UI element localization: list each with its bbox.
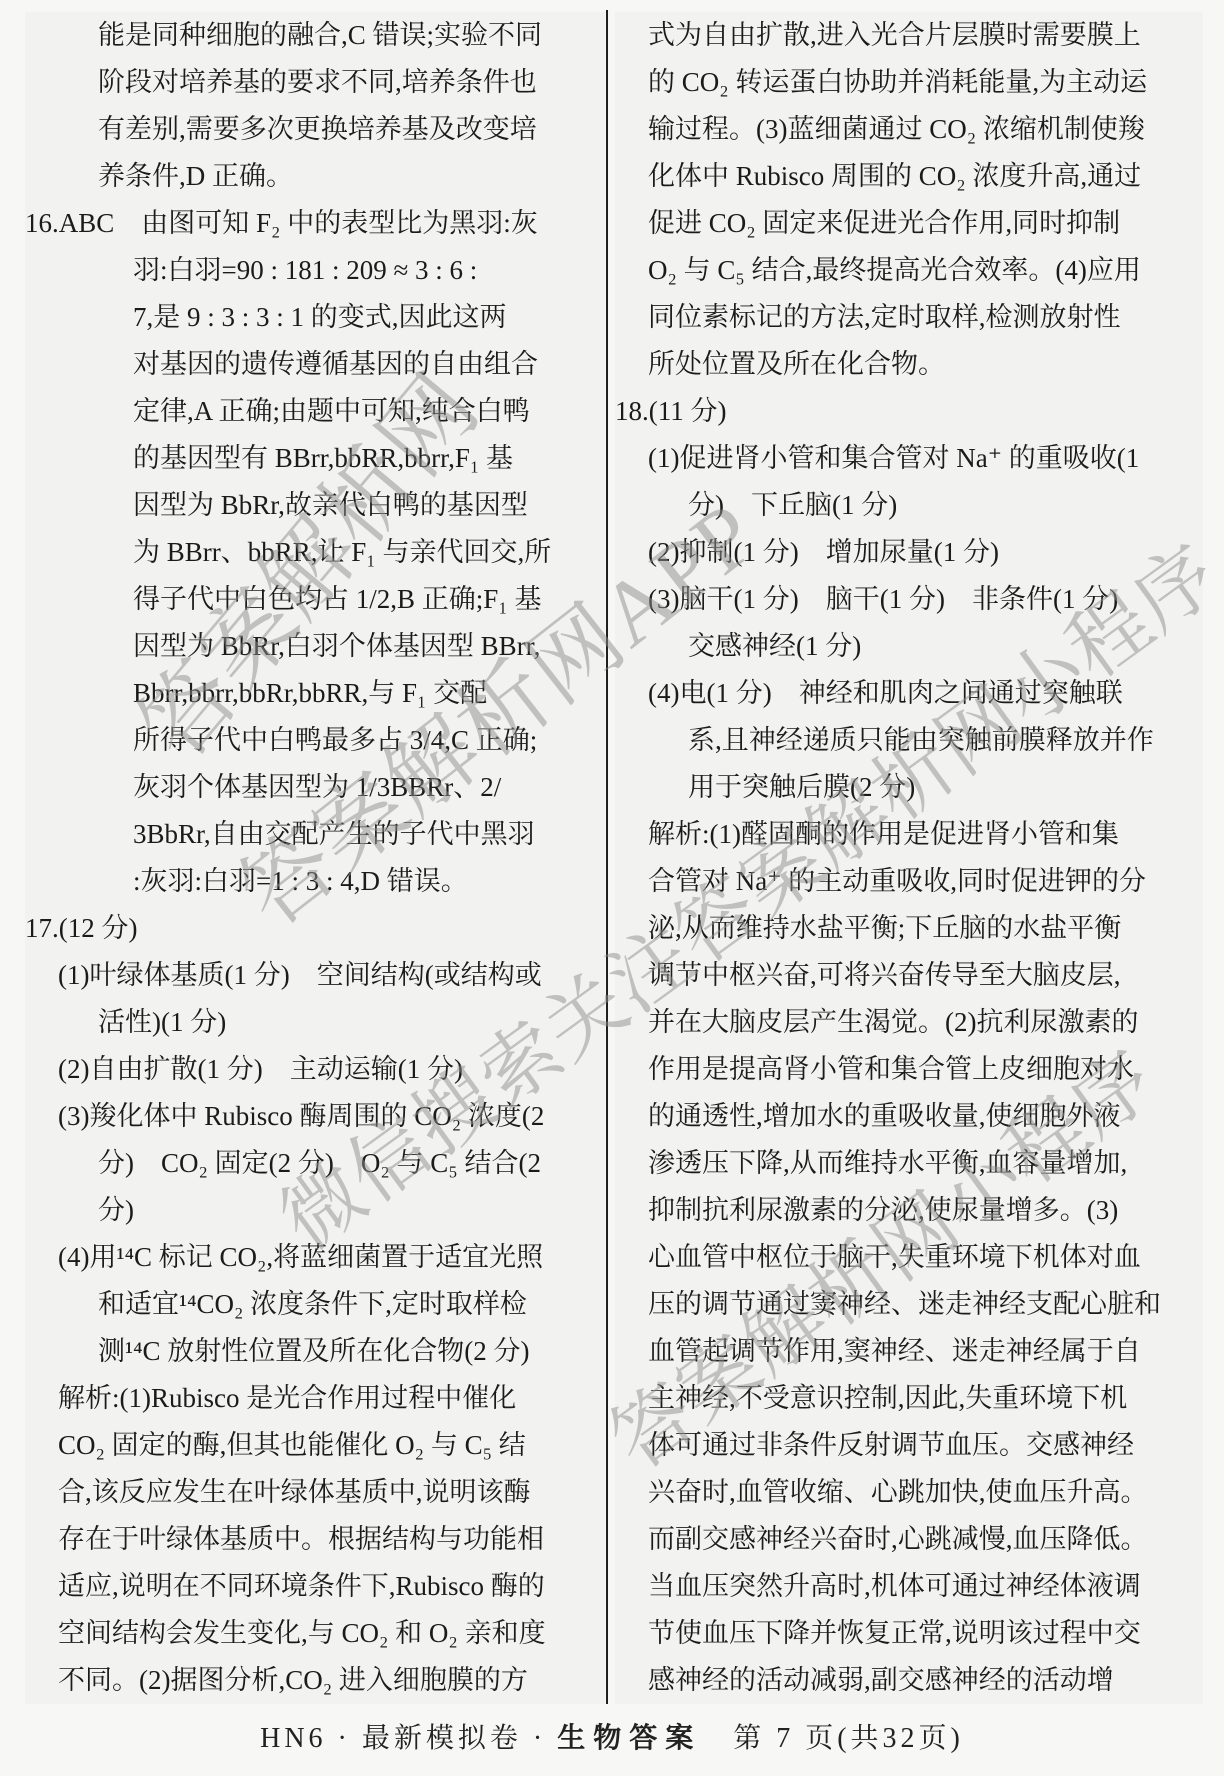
text-line: 17.(12 分): [25, 905, 605, 952]
text-line: 分) 下丘脑(1 分): [615, 482, 1203, 529]
footer-subject-title: 生物答案: [557, 1723, 701, 1754]
text-line: 因型为 BbRr,故亲代白鸭的基因型: [25, 482, 605, 529]
footer-exam-code: HN6 · 最新模拟卷 ·: [260, 1723, 557, 1754]
text-line: 合管对 Na⁺ 的主动重吸收,同时促进钾的分: [615, 858, 1203, 905]
text-line: O₂ 与 C₅ 结合,最终提高光合效率。(4)应用: [615, 247, 1203, 294]
text-line: 的通透性,增加水的重吸收量,使细胞外液: [615, 1093, 1203, 1140]
text-line: (2)抑制(1 分) 增加尿量(1 分): [615, 529, 1203, 576]
text-line: (3)脑干(1 分) 脑干(1 分) 非条件(1 分): [615, 576, 1203, 623]
text-line: (1)叶绿体基质(1 分) 空间结构(或结构或: [25, 952, 605, 999]
text-line: 心血管中枢位于脑干,失重环境下机体对血: [615, 1234, 1203, 1281]
scanned-answer-page: 能是同种细胞的融合,C 错误;实验不同阶段对培养基的要求不同,培养条件也有差别,…: [0, 0, 1224, 1776]
text-line: 促进 CO₂ 固定来促进光合作用,同时抑制: [615, 200, 1203, 247]
text-line: 节使血压下降并恢复正常,说明该过程中交: [615, 1610, 1203, 1657]
text-line: 3BbRr,自由交配产生的子代中黑羽: [25, 811, 605, 858]
text-line: 分): [25, 1187, 605, 1234]
text-line: 式为自由扩散,进入光合片层膜时需要膜上: [615, 12, 1203, 59]
answer-column-left: 能是同种细胞的融合,C 错误;实验不同阶段对培养基的要求不同,培养条件也有差别,…: [25, 12, 605, 1704]
text-line: 压的调节通过窦神经、迷走神经支配心脏和: [615, 1281, 1203, 1328]
answer-column-right: 式为自由扩散,进入光合片层膜时需要膜上的 CO₂ 转运蛋白协助并消耗能量,为主动…: [615, 12, 1203, 1704]
text-line: (4)电(1 分) 神经和肌肉之间通过突触联: [615, 670, 1203, 717]
text-line: 不同。(2)据图分析,CO₂ 进入细胞膜的方: [25, 1657, 605, 1704]
text-line: 16.ABC 由图可知 F₂ 中的表型比为黑羽:灰: [25, 200, 605, 247]
text-line: (1)促进肾小管和集合管对 Na⁺ 的重吸收(1: [615, 435, 1203, 482]
text-line: 泌,从而维持水盐平衡;下丘脑的水盐平衡: [615, 905, 1203, 952]
text-line: 测¹⁴C 放射性位置及所在化合物(2 分): [25, 1328, 605, 1375]
text-line: 抑制抗利尿激素的分泌,使尿量增多。(3): [615, 1187, 1203, 1234]
text-line: 活性)(1 分): [25, 999, 605, 1046]
text-line: 所得子代中白鸭最多占 3/4,C 正确;: [25, 717, 605, 764]
text-line: 的基因型有 BBrr,bbRR,bbrr,F₁ 基: [25, 435, 605, 482]
text-line: 系,且神经递质只能由突触前膜释放并作: [615, 717, 1203, 764]
text-line: 阶段对培养基的要求不同,培养条件也: [25, 59, 605, 106]
column-divider-rule: [606, 10, 608, 1704]
text-line: 而副交感神经兴奋时,心跳减慢,血压降低。: [615, 1516, 1203, 1563]
text-line: 并在大脑皮层产生渴觉。(2)抗利尿激素的: [615, 999, 1203, 1046]
text-line: 解析:(1)醛固酮的作用是促进肾小管和集: [615, 811, 1203, 858]
text-line: 空间结构会发生变化,与 CO₂ 和 O₂ 亲和度: [25, 1610, 605, 1657]
text-line: 得子代中白色均占 1/2,B 正确;F₁ 基: [25, 576, 605, 623]
text-line: 7,是 9 : 3 : 3 : 1 的变式,因此这两: [25, 294, 605, 341]
text-line: 输过程。(3)蓝细菌通过 CO₂ 浓缩机制使羧: [615, 106, 1203, 153]
text-line: :灰羽:白羽=1 : 3 : 4,D 错误。: [25, 858, 605, 905]
text-line: 解析:(1)Rubisco 是光合作用过程中催化: [25, 1375, 605, 1422]
text-line: 同位素标记的方法,定时取样,检测放射性: [615, 294, 1203, 341]
text-line: 用于突触后膜(2 分): [615, 764, 1203, 811]
text-line: 交感神经(1 分): [615, 623, 1203, 670]
text-line: 兴奋时,血管收缩、心跳加快,使血压升高。: [615, 1469, 1203, 1516]
text-line: 当血压突然升高时,机体可通过神经体液调: [615, 1563, 1203, 1610]
text-line: 因型为 BbRr,白羽个体基因型 BBrr,: [25, 623, 605, 670]
text-line: 养条件,D 正确。: [25, 153, 605, 200]
text-line: 和适宜¹⁴CO₂ 浓度条件下,定时取样检: [25, 1281, 605, 1328]
text-line: 存在于叶绿体基质中。根据结构与功能相: [25, 1516, 605, 1563]
text-line: (3)羧化体中 Rubisco 酶周围的 CO₂ 浓度(2: [25, 1093, 605, 1140]
text-line: 18.(11 分): [615, 388, 1203, 435]
text-line: 有差别,需要多次更换培养基及改变培: [25, 106, 605, 153]
text-line: Bbrr,bbrr,bbRr,bbRR,与 F₁ 交配: [25, 670, 605, 717]
text-line: CO₂ 固定的酶,但其也能催化 O₂ 与 C₅ 结: [25, 1422, 605, 1469]
text-line: 适应,说明在不同环境条件下,Rubisco 酶的: [25, 1563, 605, 1610]
text-line: 合,该反应发生在叶绿体基质中,说明该酶: [25, 1469, 605, 1516]
text-line: 渗透压下降,从而维持水平衡,血容量增加,: [615, 1140, 1203, 1187]
text-line: 灰羽个体基因型为 1/3BBRr、2/: [25, 764, 605, 811]
text-line: 作用是提高肾小管和集合管上皮细胞对水: [615, 1046, 1203, 1093]
text-line: 对基因的遗传遵循基因的自由组合: [25, 341, 605, 388]
text-line: 定律,A 正确;由题中可知,纯合白鸭: [25, 388, 605, 435]
text-line: 血管起调节作用,窦神经、迷走神经属于自: [615, 1328, 1203, 1375]
text-line: 羽:白羽=90 : 181 : 209 ≈ 3 : 6 :: [25, 247, 605, 294]
footer-page-number: 第 7 页(共32页): [701, 1723, 964, 1754]
text-line: 感神经的活动减弱,副交感神经的活动增: [615, 1657, 1203, 1704]
text-line: 分) CO₂ 固定(2 分) O₂ 与 C₅ 结合(2: [25, 1140, 605, 1187]
text-line: 所处位置及所在化合物。: [615, 341, 1203, 388]
text-line: 为 BBrr、bbRR,让 F₁ 与亲代回交,所: [25, 529, 605, 576]
text-line: 的 CO₂ 转运蛋白协助并消耗能量,为主动运: [615, 59, 1203, 106]
text-line: 化体中 Rubisco 周围的 CO₂ 浓度升高,通过: [615, 153, 1203, 200]
text-line: (2)自由扩散(1 分) 主动运输(1 分): [25, 1046, 605, 1093]
text-line: 主神经,不受意识控制,因此,失重环境下机: [615, 1375, 1203, 1422]
page-footer: HN6 · 最新模拟卷 · 生物答案 第 7 页(共32页): [0, 1716, 1224, 1756]
text-line: 调节中枢兴奋,可将兴奋传导至大脑皮层,: [615, 952, 1203, 999]
text-line: 能是同种细胞的融合,C 错误;实验不同: [25, 12, 605, 59]
text-line: (4)用¹⁴C 标记 CO₂,将蓝细菌置于适宜光照: [25, 1234, 605, 1281]
text-line: 体可通过非条件反射调节血压。交感神经: [615, 1422, 1203, 1469]
